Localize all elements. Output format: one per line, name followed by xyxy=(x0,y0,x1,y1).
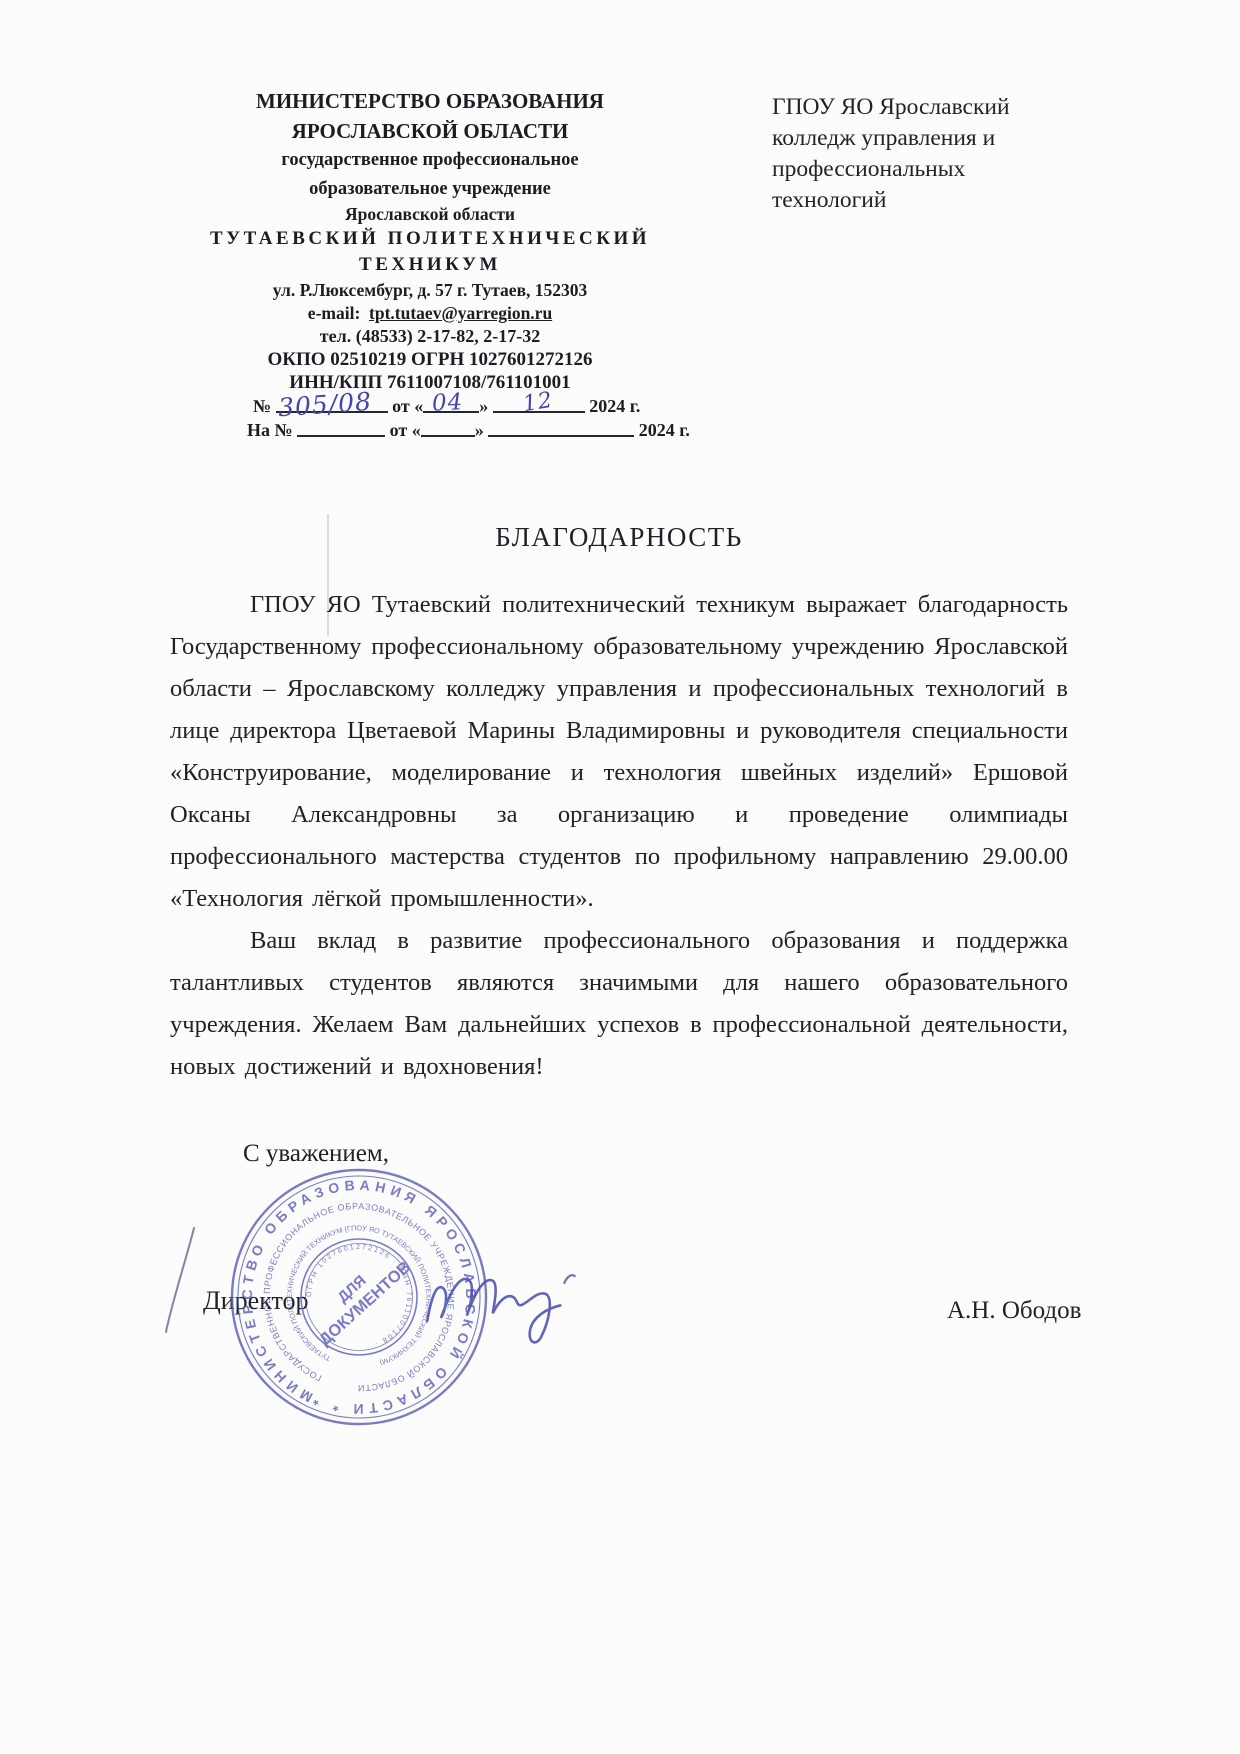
close-quote: » xyxy=(479,396,488,416)
org-okpo-ogrn: ОКПО 02510219 ОГРН 1027601272126 xyxy=(195,348,665,371)
addressee-line: колледж управления и xyxy=(772,123,1072,154)
body-paragraph: Ваш вклад в развитие профессионального о… xyxy=(170,920,1068,1088)
from-label: от « xyxy=(390,420,421,440)
org-inn-kpp: ИНН/КПП 7611007108/761101001 xyxy=(195,371,665,394)
from-label: от « xyxy=(392,396,423,416)
addressee-line: ГПОУ ЯО Ярославский xyxy=(772,92,1072,123)
close-quote: » xyxy=(475,420,484,440)
org-line: ЯРОСЛАВСКОЙ ОБЛАСТИ xyxy=(195,116,665,146)
body-paragraph: ГПОУ ЯО Тутаевский политехнический техни… xyxy=(170,584,1068,920)
year-label: 2024 г. xyxy=(639,420,690,440)
addressee-line: технологий xyxy=(772,185,1072,216)
doc-number-blank: 305/08 xyxy=(276,395,388,413)
org-email-line: e-mail: tpt.tutaev@yarregion.ru xyxy=(195,302,665,325)
org-name-line: ТЕХНИКУМ xyxy=(195,252,665,278)
doc-number-line: № 305/08 от «04» 12 2024 г. xyxy=(195,394,665,418)
org-phone: тел. (48533) 2-17-82, 2-17-32 xyxy=(195,325,665,348)
reply-day-blank xyxy=(421,419,475,437)
na-label: На № xyxy=(247,420,293,440)
org-name-line: ТУТАЕВСКИЙ ПОЛИТЕХНИЧЕСКИЙ xyxy=(195,226,665,252)
scanned-letter-page: МИНИСТЕРСТВО ОБРАЗОВАНИЯ ЯРОСЛАВСКОЙ ОБЛ… xyxy=(0,0,1240,1754)
handwritten-doc-number: 305/08 xyxy=(277,390,372,419)
org-line: Ярославской области xyxy=(195,203,665,226)
reply-number-line: На № от «» 2024 г. xyxy=(195,418,665,442)
org-line: государственное профессиональное xyxy=(195,146,665,175)
month-blank: 12 xyxy=(493,395,585,413)
addressee-line: профессиональных xyxy=(772,154,1072,185)
pen-slash-mark xyxy=(158,1224,204,1336)
reply-number-blank xyxy=(297,419,385,437)
director-signature xyxy=(414,1244,602,1364)
email-label: e-mail: xyxy=(308,303,360,323)
year-label: 2024 г. xyxy=(589,396,640,416)
document-title: БЛАГОДАРНОСТЬ xyxy=(170,522,1068,553)
signer-name: А.Н. Ободов xyxy=(947,1297,1081,1325)
letterhead-right: ГПОУ ЯО Ярославский колледж управления и… xyxy=(772,92,1072,216)
reply-month-blank xyxy=(488,419,634,437)
org-line: МИНИСТЕРСТВО ОБРАЗОВАНИЯ xyxy=(195,86,665,116)
org-line: образовательное учреждение xyxy=(195,175,665,203)
svg-text:ДОКУМЕНТОВ: ДОКУМЕНТОВ xyxy=(316,1258,415,1349)
letter-body: ГПОУ ЯО Тутаевский политехнический техни… xyxy=(170,584,1068,1088)
handwritten-day: 04 xyxy=(432,391,464,416)
day-blank: 04 xyxy=(423,395,479,413)
handwritten-month: 12 xyxy=(521,389,554,416)
no-label: № xyxy=(253,396,271,416)
email-address: tpt.tutaev@yarregion.ru xyxy=(369,303,552,323)
letterhead-left: МИНИСТЕРСТВО ОБРАЗОВАНИЯ ЯРОСЛАВСКОЙ ОБЛ… xyxy=(195,86,665,442)
org-address: ул. Р.Люксембург, д. 57 г. Тутаев, 15230… xyxy=(195,278,665,302)
